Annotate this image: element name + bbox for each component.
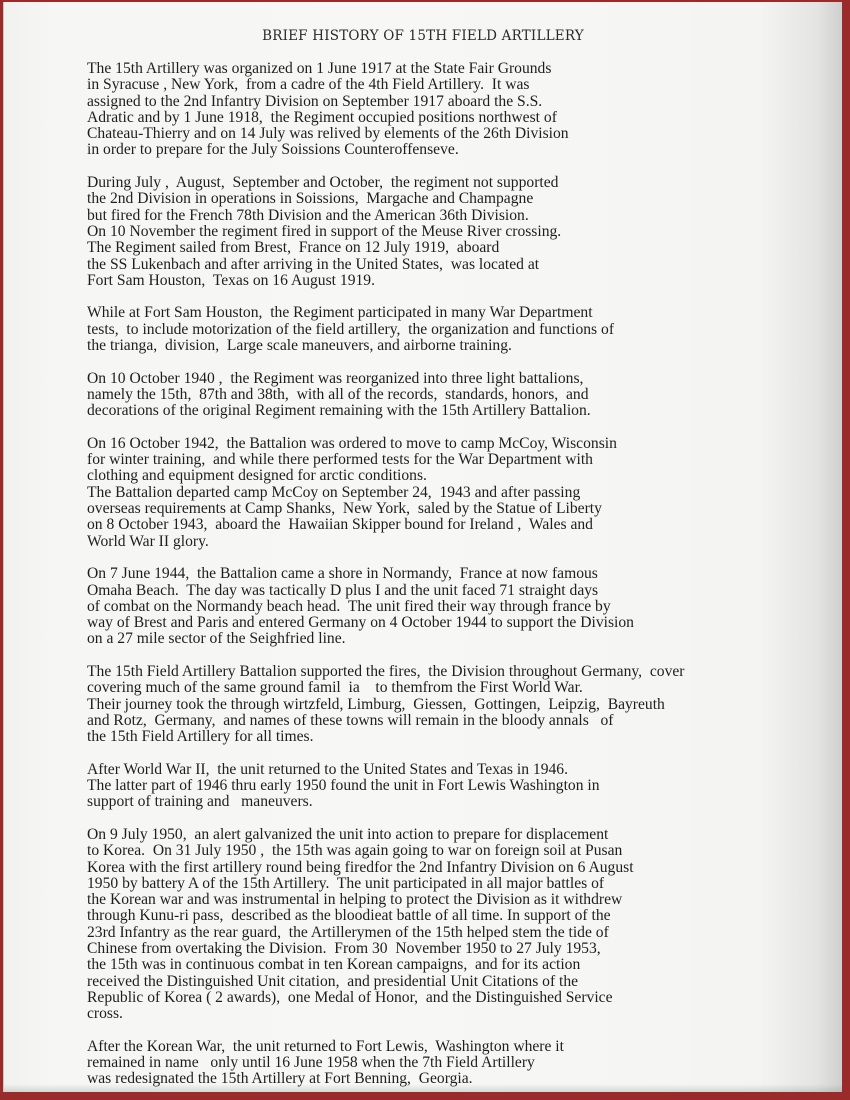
text-line: Adratic and by 1 June 1918, the Regiment… [87, 110, 837, 126]
text-line: covering much of the same ground famil i… [87, 680, 837, 696]
text-line: clothing and equipment designed for arct… [87, 468, 837, 484]
paragraph: The 15th Artillery was organized on 1 Ju… [87, 61, 837, 159]
text-line: The Regiment sailed from Brest, France o… [87, 240, 837, 256]
text-line: Their journey took the through wirtzfeld… [87, 697, 837, 713]
text-line: support of training and maneuvers. [87, 794, 837, 810]
text-line: The 15th Artillery was organized on 1 Ju… [87, 61, 837, 77]
paragraph: On 16 October 1942, the Battalion was or… [87, 436, 837, 550]
text-line: through Kunu-ri pass, described as the b… [87, 908, 837, 924]
scanned-document: BRIEF HISTORY OF 15TH FIELD ARTILLERY Th… [0, 0, 850, 1100]
text-line: While at Fort Sam Houston, the Regiment … [87, 305, 837, 321]
text-line: in Syracuse , New York, from a cadre of … [87, 77, 837, 93]
paragraph: The 15th Field Artillery Battalion suppo… [87, 664, 837, 745]
text-line: tests, to include motorization of the fi… [87, 322, 837, 338]
paragraph: While at Fort Sam Houston, the Regiment … [87, 305, 837, 354]
text-line: on a 27 mile sector of the Seighfried li… [87, 631, 837, 647]
text-line: namely the 15th, 87th and 38th, with all… [87, 387, 837, 403]
text-line: The Battalion departed camp McCoy on Sep… [87, 485, 837, 501]
text-line: the trianga, division, Large scale maneu… [87, 338, 837, 354]
text-line: World War II glory. [87, 534, 837, 550]
paragraph: On 10 October 1940 , the Regiment was re… [87, 371, 837, 420]
text-line: way of Brest and Paris and entered Germa… [87, 615, 837, 631]
text-line: After the Korean War, the unit returned … [87, 1039, 837, 1055]
text-line: On 10 November the regiment fired in sup… [87, 224, 837, 240]
text-line: and Rotz, Germany, and names of these to… [87, 713, 837, 729]
text-line: 23rd Infantry as the rear guard, the Art… [87, 925, 837, 941]
text-line: was redesignated the 15th Artillery at F… [87, 1071, 837, 1087]
text-line: but fired for the French 78th Division a… [87, 208, 837, 224]
text-line: Chateau-Thierry and on 14 July was reliv… [87, 126, 837, 142]
text-line: The 15th Field Artillery Battalion suppo… [87, 664, 837, 680]
text-line: of combat on the Normandy beach head. Th… [87, 599, 837, 615]
text-line: Omaha Beach. The day was tactically D pl… [87, 583, 837, 599]
text-line: the Korean war and was instrumental in h… [87, 892, 837, 908]
text-line: cross. [87, 1006, 837, 1022]
text-line: to Korea. On 31 July 1950 , the 15th was… [87, 843, 837, 859]
paragraph: On 9 July 1950, an alert galvanized the … [87, 827, 837, 1023]
text-line: for winter training, and while there per… [87, 452, 837, 468]
text-line: Fort Sam Houston, Texas on 16 August 191… [87, 273, 837, 289]
text-line: received the Distinguished Unit citation… [87, 974, 837, 990]
text-line: decorations of the original Regiment rem… [87, 403, 837, 419]
text-line: On 10 October 1940 , the Regiment was re… [87, 371, 837, 387]
text-line: the 2nd Division in operations in Soissi… [87, 191, 837, 207]
text-line: the 15th Field Artillery for all times. [87, 729, 837, 745]
paper-page: BRIEF HISTORY OF 15TH FIELD ARTILLERY Th… [3, 2, 842, 1092]
text-line: the SS Lukenbach and after arriving in t… [87, 257, 837, 273]
text-line: Korea with the first artillery round bei… [87, 860, 837, 876]
paragraph: During July , August, September and Octo… [87, 175, 837, 289]
document-title: BRIEF HISTORY OF 15TH FIELD ARTILLERY [4, 28, 842, 44]
text-line: On 16 October 1942, the Battalion was or… [87, 436, 837, 452]
text-line: On 9 July 1950, an alert galvanized the … [87, 827, 837, 843]
paragraph: On 7 June 1944, the Battalion came a sho… [87, 566, 837, 647]
text-line: the 15th was in continuous combat in ten… [87, 957, 837, 973]
text-line: 1950 by battery A of the 15th Artillery.… [87, 876, 837, 892]
paragraph: After World War II, the unit returned to… [87, 762, 837, 811]
text-line: remained in name only until 16 June 1958… [87, 1055, 837, 1071]
text-line: assigned to the 2nd Infantry Division on… [87, 94, 837, 110]
text-line: Republic of Korea ( 2 awards), one Medal… [87, 990, 837, 1006]
text-line: in order to prepare for the July Soissio… [87, 142, 837, 158]
text-line: Chinese from overtaking the Division. Fr… [87, 941, 837, 957]
paragraph: After the Korean War, the unit returned … [87, 1039, 837, 1088]
text-line: During July , August, September and Octo… [87, 175, 837, 191]
text-line: on 8 October 1943, aboard the Hawaiian S… [87, 517, 837, 533]
text-line: On 7 June 1944, the Battalion came a sho… [87, 566, 837, 582]
text-line: The latter part of 1946 thru early 1950 … [87, 778, 837, 794]
text-line: overseas requirements at Camp Shanks, Ne… [87, 501, 837, 517]
document-body: The 15th Artillery was organized on 1 Ju… [87, 61, 837, 1100]
text-line: After World War II, the unit returned to… [87, 762, 837, 778]
